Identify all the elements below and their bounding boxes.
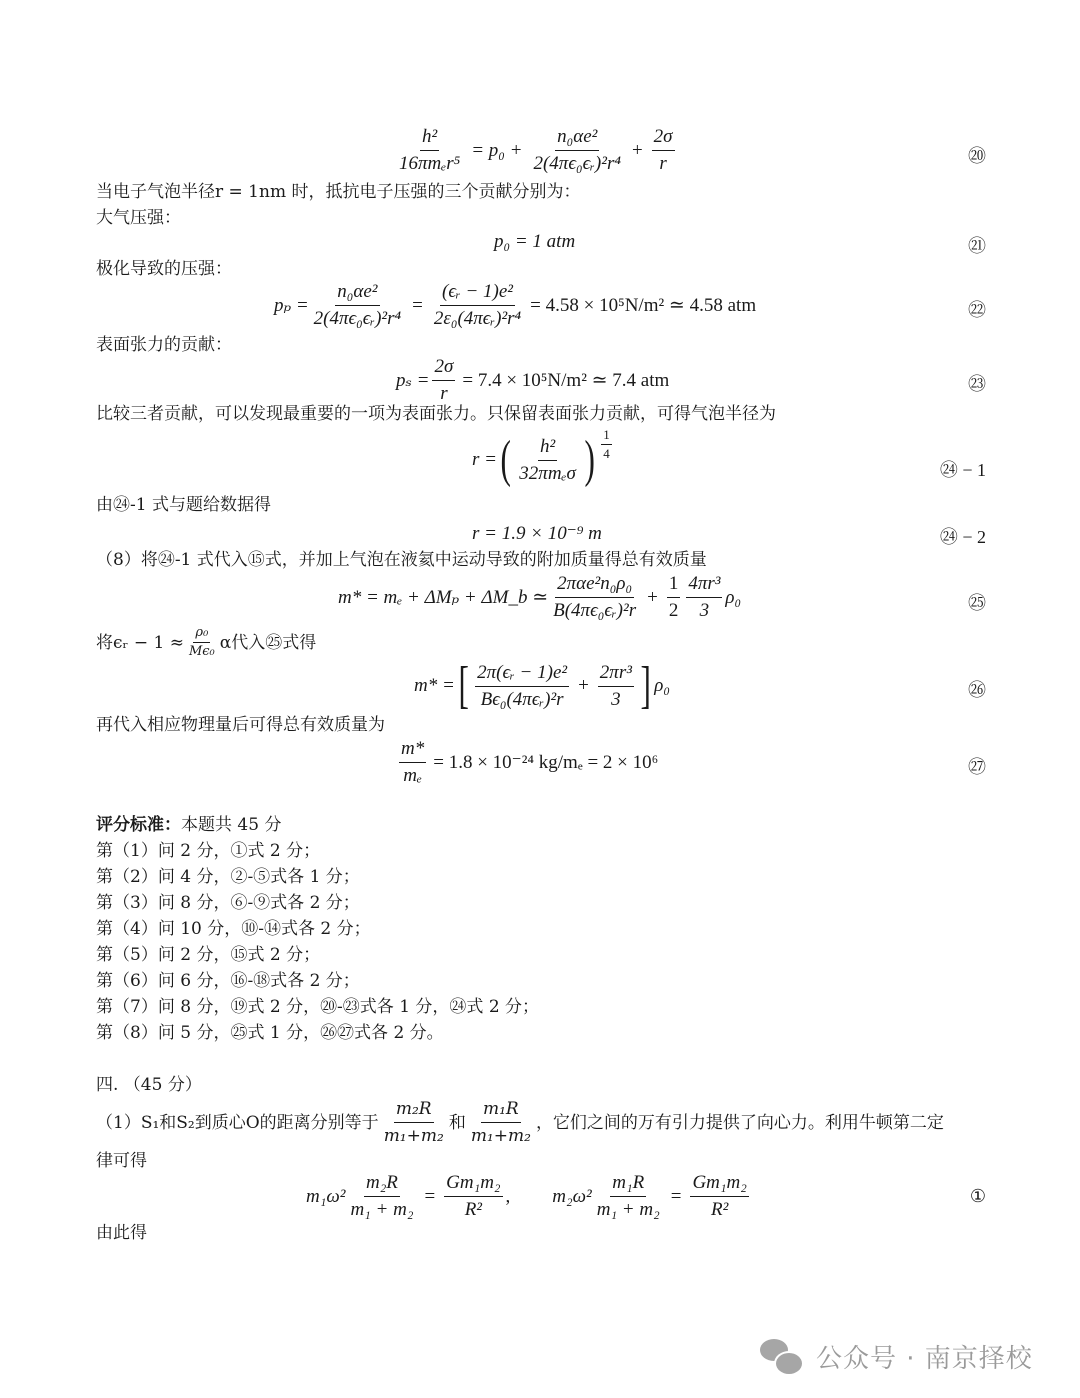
section-heading: 四. （45 分） [96, 1074, 202, 1096]
fraction-denominator: 16πmₑr⁵ [397, 151, 462, 175]
equation-term: m₂ω² [552, 1186, 591, 1208]
fraction-numerator: 2σ [652, 126, 675, 151]
equation-lhs: m* = mₑ + ΔMₚ + ΔM_b ≃ [338, 586, 548, 609]
equation-lhs: m* = [414, 675, 455, 697]
wechat-icon [760, 1339, 806, 1375]
fraction-numerator: ρ₀ [193, 626, 210, 643]
fraction-numerator: n₀αe² [335, 281, 379, 306]
fraction-numerator: Gm₁m₂ [444, 1172, 502, 1197]
grading-header: 评分标准：本题共 45 分 [96, 814, 281, 836]
equation-result: = 4.58 × 10⁵N/m² ≃ 4.58 atm [530, 294, 756, 317]
fraction-denominator: mₑ [401, 763, 424, 787]
watermark: 公众号 · 南京择校 [760, 1338, 1033, 1375]
fraction-denominator: r [438, 381, 449, 405]
paragraph: （8）将㉔-1 式代入⑮式，并加上气泡在液氦中运动导致的附加质量得总有效质量 [96, 549, 707, 571]
equation-term: m₁ω² [306, 1186, 345, 1208]
fraction-numerator: m₁R [481, 1098, 521, 1123]
grading-item: 第（6）问 6 分，⑯-⑱式各 2 分； [96, 970, 360, 992]
fraction-denominator: m₁ + m₂ [595, 1197, 662, 1221]
fraction-denominator: m₁+m₂ [469, 1123, 533, 1147]
equation-operator: = p₀ + [471, 140, 522, 162]
paragraph: 再代入相应物理量后可得总有效质量为 [96, 714, 385, 736]
equation-20: h²16πmₑr⁵ = p₀ + n₀αe²2(4πϵ₀ϵᵣ)²r⁴ + 2σr [394, 126, 678, 175]
grading-item: 第（1）问 2 分，①式 2 分； [96, 840, 320, 862]
fraction-numerator: 4πr³ [686, 573, 722, 598]
equation-21: p₀ = 1 atm [494, 231, 575, 253]
fraction-numerator: h² [420, 126, 439, 151]
equation-q4-1: m₁ω² m₂Rm₁ + m₂ = Gm₁m₂R² , m₂ω² m₁Rm₁ +… [306, 1172, 752, 1221]
equation-27: m*mₑ = 1.8 × 10⁻²⁴ kg/mₑ = 2 × 10⁶ [396, 738, 658, 787]
equation-number: ㉑ [968, 232, 986, 258]
equation-24-2: r = 1.9 × 10⁻⁹ m [472, 522, 602, 545]
fraction-denominator: 2(4πϵ₀ϵᵣ)²r⁴ [531, 151, 622, 175]
fraction-denominator: 2(4πϵ₀ϵᵣ)²r⁴ [312, 306, 403, 330]
paragraph: 律可得 [96, 1150, 147, 1172]
fraction-numerator: 2π(ϵᵣ − 1)e² [475, 662, 569, 687]
grading-summary: 本题共 45 分 [181, 815, 281, 835]
fraction-numerator: 2σ [432, 356, 455, 381]
watermark-text: 公众号 · 南京择校 [816, 1338, 1033, 1375]
fraction-denominator: Bϵ₀(4πϵᵣ)²r [479, 687, 566, 711]
fraction-numerator: 2πr³ [598, 662, 634, 687]
grading-item: 第（2）问 4 分，②-⑤式各 1 分； [96, 866, 360, 888]
text-segment: 和 [449, 1112, 466, 1134]
grading-item: 第（7）问 8 分，⑲式 2 分，⑳-㉓式各 1 分，㉔式 2 分； [96, 996, 539, 1018]
equation-lhs: r = [472, 449, 497, 471]
fraction-denominator: m₁+m₂ [382, 1123, 446, 1147]
fraction-numerator: m₂R [364, 1172, 400, 1197]
equation-number: ㉗ [968, 753, 986, 779]
fraction-numerator: h² [538, 436, 557, 461]
equation-number: ㉖ [968, 676, 986, 702]
fraction-numerator: 1 [667, 573, 681, 598]
equation-26: m* = [ 2π(ϵᵣ − 1)e²Bϵ₀(4πϵᵣ)²r + 2πr³3 ]… [414, 660, 670, 712]
fraction-numerator: n₀αe² [555, 126, 599, 151]
equation-number: ① [970, 1186, 986, 1207]
text-segment: （1）S₁和S₂到质心O的距离分别等于 [96, 1112, 379, 1134]
text-segment: 将ϵᵣ − 1 ≈ [96, 632, 184, 654]
fraction-numerator: 2παe²n₀ρ₀ [555, 573, 634, 598]
equation-number: ㉓ [968, 370, 986, 396]
equation-number: ⑳ [968, 142, 986, 168]
fraction-denominator: 3 [609, 687, 623, 711]
paragraph: （1）S₁和S₂到质心O的距离分别等于 m₂Rm₁+m₂ 和 m₁Rm₁+m₂ … [96, 1098, 944, 1147]
equation-number: ㉔ − 2 [940, 523, 986, 549]
fraction-denominator: 3 [698, 598, 712, 622]
fraction-denominator: m₁ + m₂ [348, 1197, 415, 1221]
equation-23: pₛ = 2σr = 7.4 × 10⁵N/m² ≃ 7.4 atm [396, 356, 669, 405]
grading-title: 评分标准： [96, 815, 181, 835]
text-segment: α代入㉕式得 [220, 632, 316, 654]
paragraph: 比较三者贡献，可以发现最重要的一项为表面张力。只保留表面张力贡献，可得气泡半径为 [96, 403, 776, 425]
paragraph: 由此得 [96, 1222, 147, 1244]
equation-result: = 1.8 × 10⁻²⁴ kg/mₑ = 2 × 10⁶ [433, 751, 658, 774]
text-segment: ，它们之间的万有引力提供了向心力。利用牛顿第二定 [536, 1112, 944, 1134]
equation-operator: + [647, 587, 658, 609]
equation-number: ㉔ − 1 [940, 456, 986, 482]
equation-25: m* = mₑ + ΔMₚ + ΔM_b ≃ 2παe²n₀ρ₀B(4πϵ₀ϵᵣ… [338, 573, 741, 622]
equation-lhs: pₚ = [274, 294, 309, 317]
grading-item: 第（8）问 5 分，㉕式 1 分，㉖㉗式各 2 分。 [96, 1022, 444, 1044]
equation-tail: ρ₀ [654, 675, 670, 697]
equation-result: = 7.4 × 10⁵N/m² ≃ 7.4 atm [462, 369, 669, 392]
fraction-numerator: Gm₁m₂ [690, 1172, 748, 1197]
equation-22: pₚ = n₀αe²2(4πϵ₀ϵᵣ)²r⁴ = (ϵᵣ − 1)e²2ε₀(4… [274, 281, 756, 330]
equation-lhs: pₛ = [396, 369, 429, 392]
fraction-denominator: R² [709, 1197, 730, 1221]
fraction-numerator: (ϵᵣ − 1)e² [440, 281, 515, 306]
fraction-denominator: Mϵ₀ [187, 643, 217, 659]
grading-item: 第（4）问 10 分，⑩-⑭式各 2 分； [96, 918, 371, 940]
paragraph: 极化导致的压强： [96, 258, 232, 280]
equation-24-1: r = ( h²32πmₑσ ) 14 [472, 434, 615, 486]
fraction-denominator: 2ε₀(4πϵᵣ)²r⁴ [432, 306, 523, 330]
fraction-denominator: B(4πϵ₀ϵᵣ)²r [551, 598, 638, 622]
fraction-denominator: 2 [667, 598, 681, 622]
fraction-denominator: R² [463, 1197, 484, 1221]
fraction-denominator: r [657, 151, 668, 175]
fraction-denominator: 32πmₑσ [517, 461, 578, 485]
paragraph: 当电子气泡半径r = 1nm 时，抵抗电子压强的三个贡献分别为： [96, 181, 580, 203]
paragraph: 将ϵᵣ − 1 ≈ ρ₀Mϵ₀ α代入㉕式得 [96, 626, 316, 659]
paragraph: 表面张力的贡献： [96, 334, 232, 356]
equation-number: ㉕ [968, 589, 986, 615]
equation-number: ㉒ [968, 296, 986, 322]
fraction-numerator: m₁R [610, 1172, 646, 1197]
fraction-numerator: m* [399, 738, 426, 763]
equation-tail: ρ₀ [725, 587, 741, 609]
grading-item: 第（3）问 8 分，⑥-⑨式各 2 分； [96, 892, 360, 914]
paragraph: 由㉔-1 式与题给数据得 [96, 494, 271, 516]
fraction-numerator: m₂R [394, 1098, 434, 1123]
paragraph: 大气压强： [96, 207, 181, 229]
grading-item: 第（5）问 2 分，⑮式 2 分； [96, 944, 320, 966]
